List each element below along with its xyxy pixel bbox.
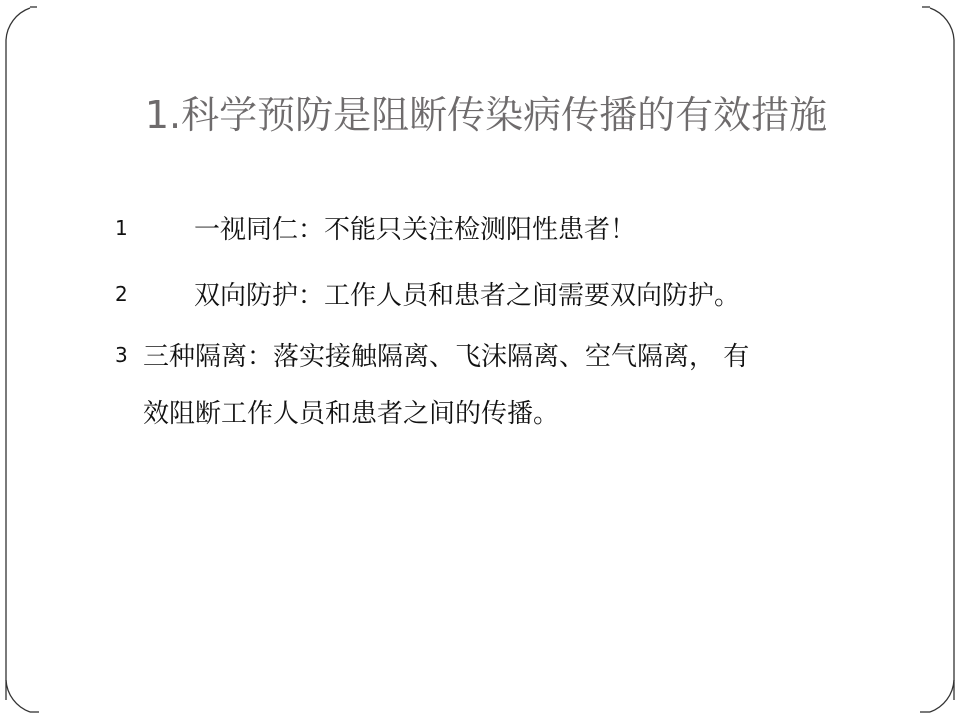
list-item-continuation: 效阻断工作人员和患者之间的传播。	[143, 393, 559, 430]
list-item-text: 一视同仁：不能只关注检测阳性患者！	[194, 209, 636, 246]
list-item-text: 三种隔离：落实接触隔离、飞沫隔离、空气隔离， 有	[143, 336, 749, 373]
item-number: 1	[115, 216, 128, 240]
item-number: 2	[115, 282, 128, 306]
list-item-text: 双向防护：工作人员和患者之间需要双向防护。	[194, 275, 740, 312]
item-number: 3	[115, 343, 128, 367]
slide-title: 1.科学预防是阻断传染病传播的有效措施	[0, 84, 960, 139]
slide-title-text: 1.科学预防是阻断传染病传播的有效措施	[145, 84, 827, 139]
